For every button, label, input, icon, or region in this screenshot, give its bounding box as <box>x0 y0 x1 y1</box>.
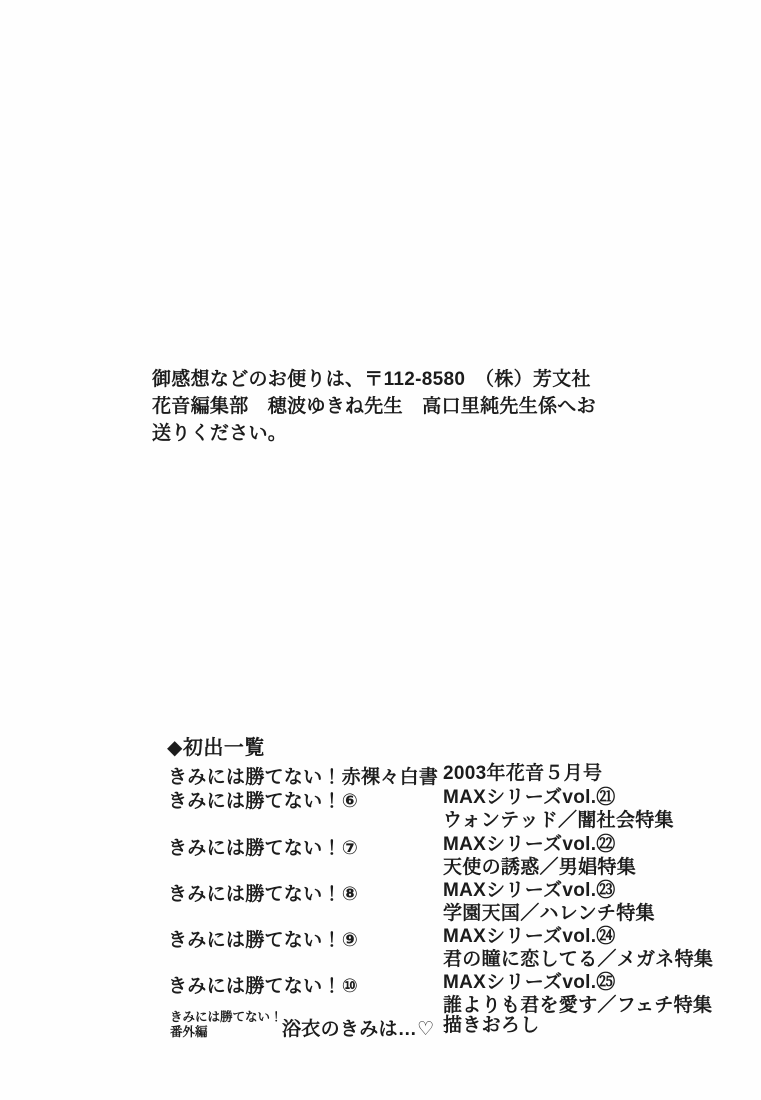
series-small-label-line: 番外編 <box>170 1025 283 1040</box>
scanned-book-page: 御感想などのお便りは、〒112-8580 （株）芳文社 花音編集部 穂波ゆきね先… <box>0 0 761 1100</box>
publication-source: MAXシリーズvol.㉓ <box>443 879 655 902</box>
publication-title: きみには勝てない！⑩ <box>168 971 358 998</box>
publication-source: MAXシリーズvol.㉑ <box>443 786 674 809</box>
series-small-label-line: きみには勝てない！ <box>170 1010 283 1025</box>
address-line: 花音編集部 穂波ゆきね先生 高口里純先生係へお <box>152 393 632 420</box>
first-publication-list-heading: ◆初出一覧 <box>167 731 265 760</box>
publication-source: 描きおろし <box>443 1014 540 1037</box>
address-line: 御感想などのお便りは、〒112-8580 （株）芳文社 <box>152 366 632 393</box>
publication-title: きみには勝てない！⑨ <box>168 925 358 952</box>
publication-title: 浴衣のきみは…♡ <box>282 1014 434 1041</box>
publication-detail: 君の瞳に恋してる／メガネ特集 <box>443 948 713 971</box>
series-small-label: きみには勝てない！ 番外編 <box>170 1010 283 1040</box>
publication-detail: 天使の誘惑／男娼特集 <box>443 856 636 879</box>
publication-title: きみには勝てない！⑧ <box>168 879 358 906</box>
publication-title: きみには勝てない！⑦ <box>168 833 358 860</box>
publication-source: MAXシリーズvol.㉕ <box>443 971 712 994</box>
address-line: 送りください。 <box>152 420 632 447</box>
publication-source: MAXシリーズvol.㉒ <box>443 833 636 856</box>
feedback-address-block: 御感想などのお便りは、〒112-8580 （株）芳文社 花音編集部 穂波ゆきね先… <box>152 366 632 447</box>
publication-source: 2003年花音５月号 <box>443 762 602 785</box>
publication-detail: ウォンテッド／闇社会特集 <box>443 809 674 832</box>
publication-detail: 学園天国／ハレンチ特集 <box>443 902 655 925</box>
publication-source: MAXシリーズvol.㉔ <box>443 925 713 948</box>
publication-title: きみには勝てない！⑥ <box>168 786 358 813</box>
publication-title: きみには勝てない！赤裸々白書 <box>168 762 438 789</box>
